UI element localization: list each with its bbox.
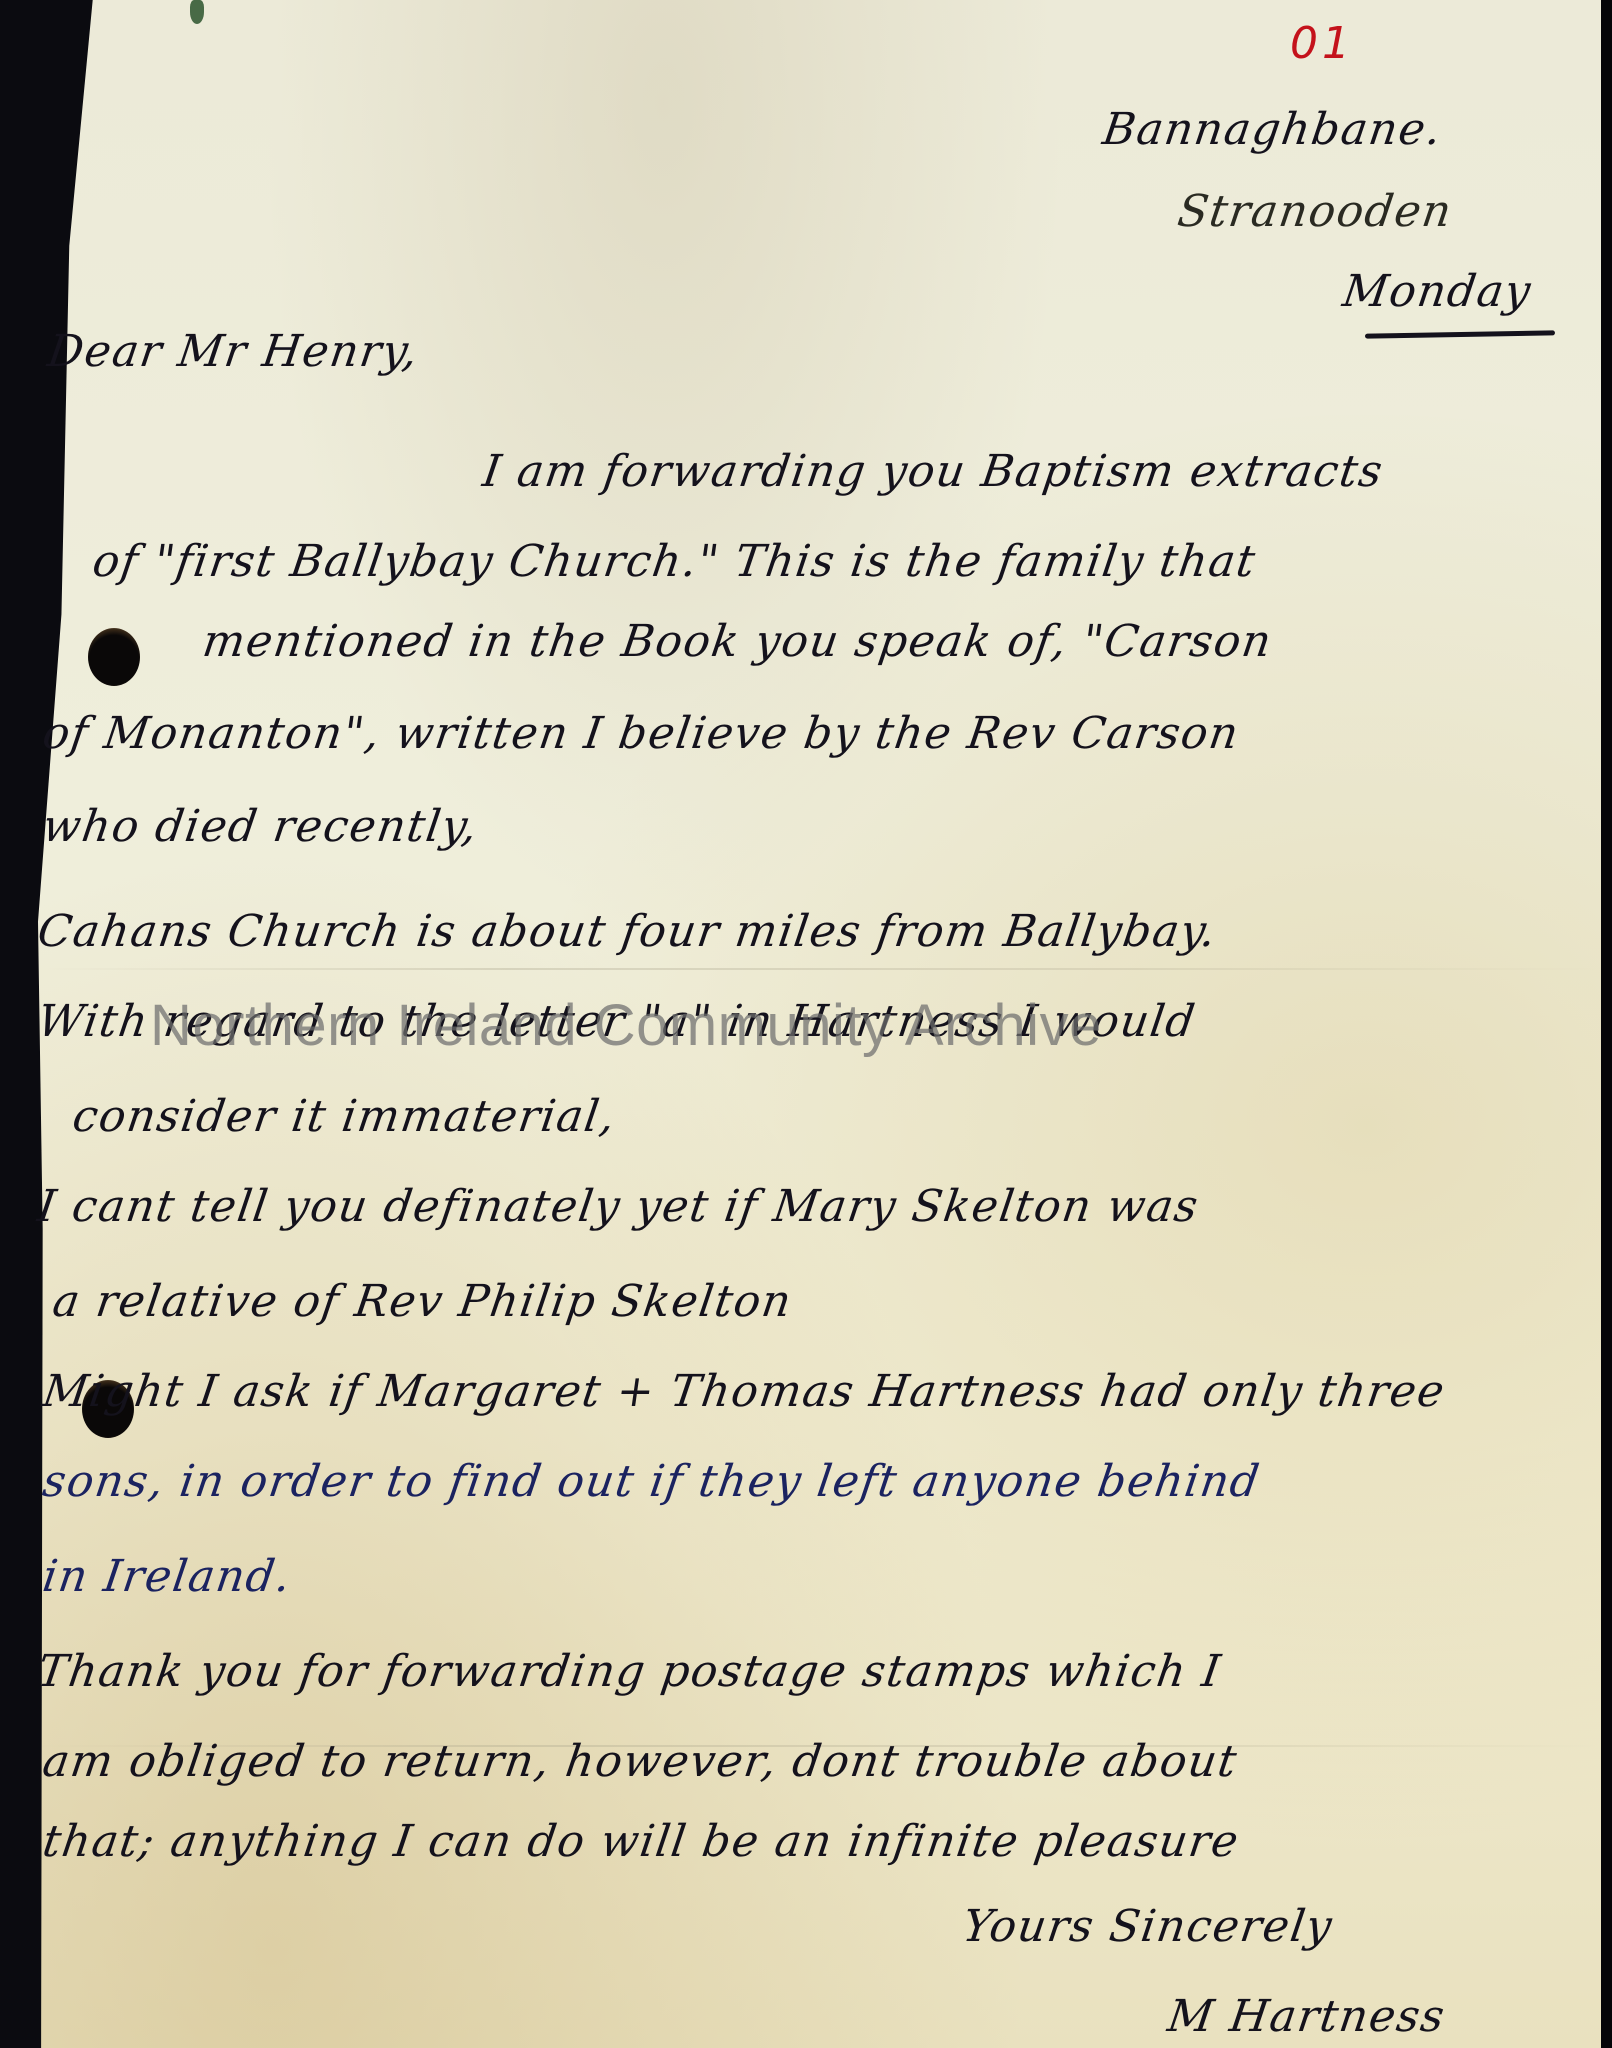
letter-closing: Yours Sincerely — [960, 1905, 1336, 1949]
body-line: who died recently, — [40, 805, 481, 849]
body-line: that; anything I can do will be an infin… — [40, 1820, 1242, 1864]
body-line: I am forwarding you Baptism extracts — [480, 450, 1386, 494]
body-line: mentioned in the Book you speak of, "Car… — [200, 620, 1275, 664]
body-line: I cant tell you definately yet if Mary S… — [35, 1185, 1202, 1229]
body-line: Might I ask if Margaret + Thomas Hartnes… — [40, 1370, 1448, 1414]
salutation: Dear Mr Henry, — [45, 330, 422, 374]
body-line: Cahans Church is about four miles from B… — [35, 910, 1220, 954]
body-line: a relative of Rev Philip Skelton — [50, 1280, 795, 1324]
body-line: Thank you for forwarding postage stamps … — [35, 1650, 1224, 1694]
letter-day: Monday — [1340, 270, 1534, 314]
body-line: sons, in order to find out if they left … — [40, 1460, 1263, 1504]
body-line: am obliged to return, however, dont trou… — [40, 1740, 1240, 1784]
body-line: of Monanton", written I believe by the R… — [40, 712, 1242, 756]
address-line-2: Stranooden — [1175, 190, 1455, 234]
body-line: With regard to the letter "a" in Hartnes… — [35, 1000, 1199, 1044]
ink-stain — [190, 0, 204, 24]
paper-fold-line — [38, 968, 1601, 970]
scan-border — [1601, 0, 1612, 2048]
body-line: of "first Ballybay Church." This is the … — [90, 540, 1259, 584]
punch-hole-icon — [88, 628, 140, 686]
body-line: in Ireland. — [40, 1555, 294, 1599]
address-line-1: Bannaghbane. — [1100, 108, 1445, 152]
body-line: consider it immaterial, — [70, 1095, 619, 1139]
signature: M Hartness — [1165, 1995, 1448, 2039]
page-number: 01 — [1290, 18, 1354, 69]
